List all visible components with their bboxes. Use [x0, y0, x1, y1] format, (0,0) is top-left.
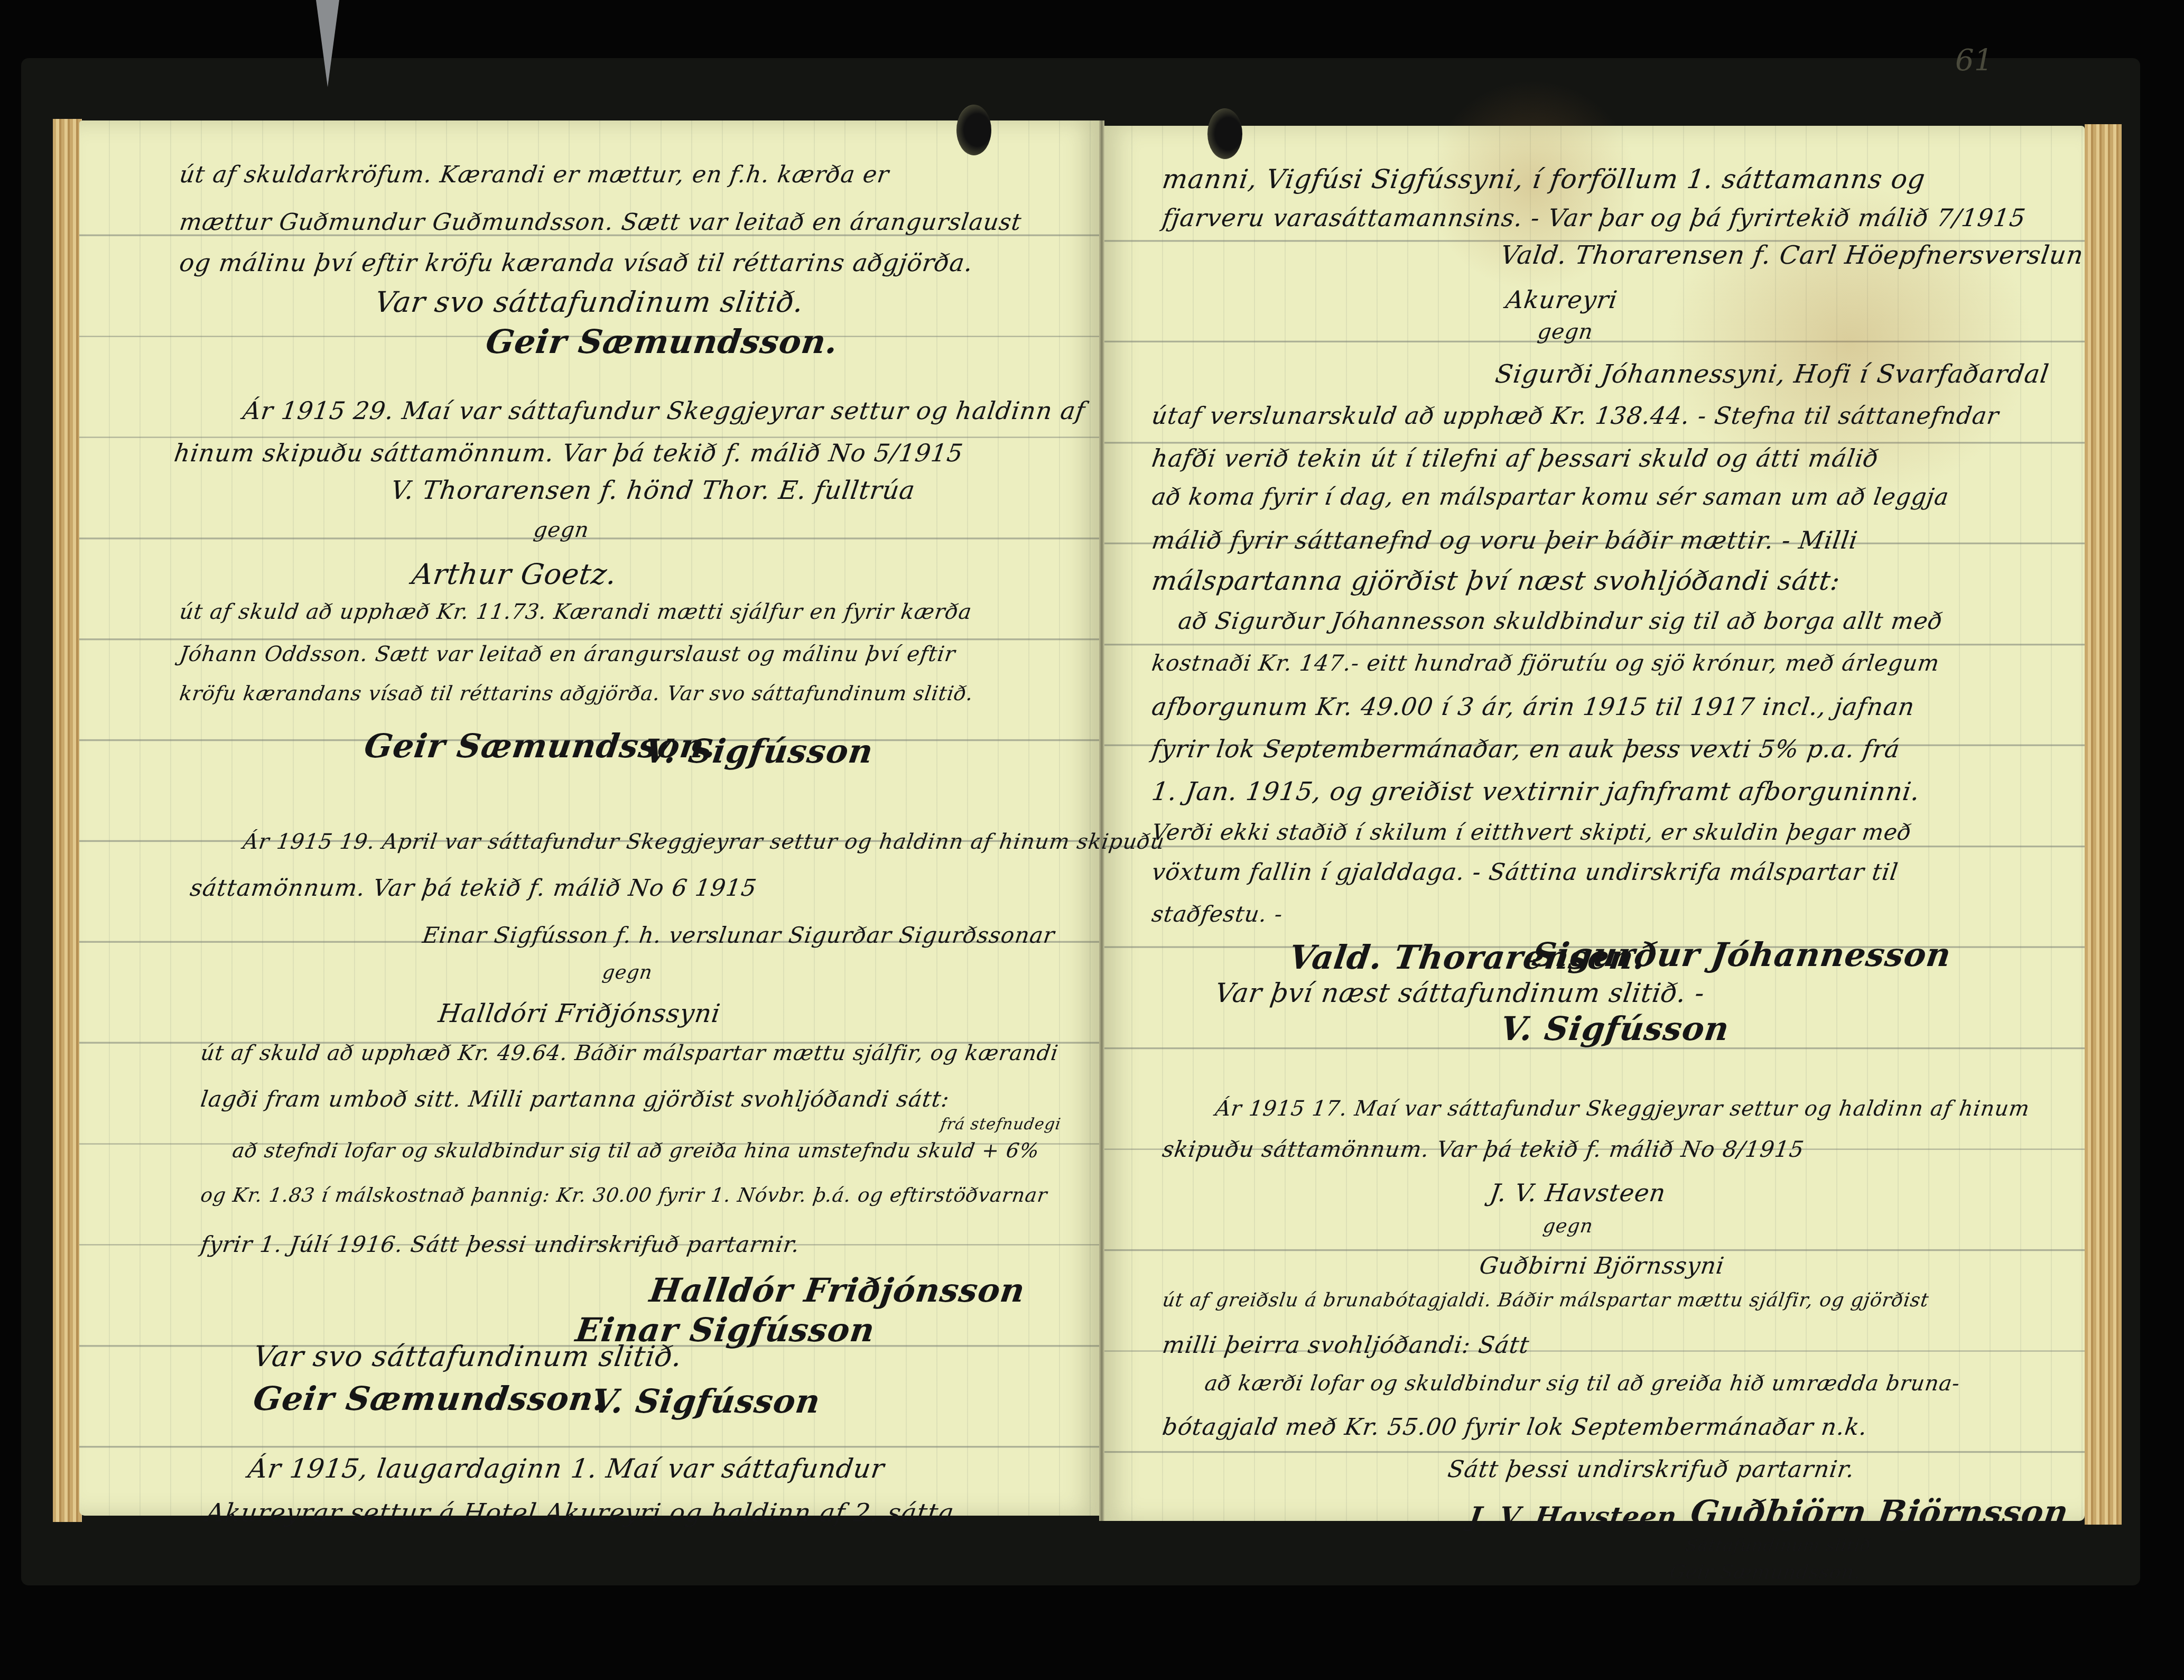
text-line: Verði ekki staðið í skilum í eitthvert s…	[1150, 819, 1913, 845]
text-line: milli þeirra svohljóðandi: Sátt	[1160, 1332, 1531, 1359]
text-line: Sátt þessi undirskrifuð partarnir.	[1446, 1456, 1856, 1483]
signature: Geir Sæmundsson.	[484, 322, 841, 361]
text-line: málið fyrir sáttanefnd og voru þeir báði…	[1150, 526, 1860, 554]
signature: Geir Sæmundsson.	[1668, 1562, 1862, 1583]
text-line: Sáttafundinum slitið	[1684, 1535, 1872, 1555]
letter-opener-icon	[316, 0, 339, 87]
text-line: skipuðu sáttamönnum. Var þá tekið f. mál…	[1161, 1136, 1806, 1162]
signature: Geir Sæmundsson.	[251, 1379, 608, 1418]
text-line: staðfestu. -	[1150, 901, 1285, 927]
binder-hole-right	[1207, 108, 1242, 159]
text-line: vöxtum fallin í gjalddaga. - Sáttina und…	[1150, 859, 1900, 886]
text-line: og Kr. 1.83 í málskostnað þannig: Kr. 30…	[199, 1184, 1049, 1206]
text-line: mættur Guðmundur Guðmundsson. Sætt var l…	[178, 209, 1023, 236]
text-line: málspartanna gjörðist því næst svohljóða…	[1150, 565, 1842, 596]
text-line: út af skuld að upphæð Kr. 11.73. Kærandi…	[178, 600, 973, 624]
text-line: Var svo sáttafundinum slitið.	[252, 1340, 685, 1373]
entry-heading: Ár 1915 19. April var sáttafundur Skeggj…	[241, 830, 1166, 854]
text-line: út af skuldarkröfum. Kærandi er mættur, …	[178, 161, 891, 188]
text-line: að Sigurður Jóhannesson skuldbindur sig …	[1176, 608, 1944, 635]
interlinear-note: frá stefnudegi	[940, 1115, 1062, 1134]
entry-heading: Ár 1915 29. Maí var sáttafundur Skeggjey…	[241, 396, 1087, 425]
text-line: bótagjald með Kr. 55.00 fyrir lok Septem…	[1160, 1414, 1869, 1441]
text-line: hafði verið tekin út í tilefni af þessar…	[1150, 444, 1881, 472]
party-name: Guðbirni Björnssyni	[1477, 1252, 1726, 1279]
gegn-label: gegn	[532, 518, 591, 542]
gegn-label: gegn	[1541, 1215, 1594, 1237]
text-line: lagði fram umboð sitt. Milli partanna gj…	[199, 1086, 951, 1112]
signature: V. Sigfússon	[589, 1382, 823, 1421]
party-name: Arthur Goetz.	[410, 558, 619, 591]
party-name: J. V. Havsteen	[1488, 1178, 1668, 1207]
text-line: manni, Vigfúsi Sigfússyni, í forföllum 1…	[1160, 164, 1927, 194]
text-line: sáttamönnum. Var þá tekið f. málið No 6 …	[188, 875, 758, 902]
text-line: Var því næst sáttafundinum slitið. -	[1213, 978, 1707, 1008]
text-line: og málinu því eftir kröfu kæranda vísað …	[178, 248, 975, 277]
text-line: 1. Jan. 1915, og greiðist vextirnir jafn…	[1150, 777, 1922, 806]
text-line: út af skuld að upphæð Kr. 49.64. Báðir m…	[199, 1041, 1060, 1065]
text-line: Var svo sáttafundinum slitið.	[373, 285, 806, 319]
signature: Guðbjörn Björnsson	[1688, 1493, 2071, 1532]
signature: Halldór Friðjónsson	[647, 1271, 1028, 1310]
text-line: afborgunum Kr. 49.00 í 3 ár, árin 1915 t…	[1150, 692, 1917, 721]
text-line: Jóhann Oddsson. Sætt var leitað en árang…	[178, 642, 958, 666]
text-line: fyrir 1. Júlí 1916. Sátt þessi undirskri…	[199, 1231, 802, 1257]
party-name: Einar Sigfússon f. h. verslunar Sigurðar…	[421, 922, 1057, 948]
page-number: 61	[1955, 43, 1993, 78]
text-line: útaf verslunarskuld að upphæð Kr. 138.44…	[1150, 402, 2001, 430]
text-line: að koma fyrir í dag, en málspartar komu …	[1150, 484, 1950, 511]
text-line: hinum skipuðu sáttamönnum. Var þá tekið …	[172, 439, 965, 467]
gegn-label: gegn	[1536, 320, 1595, 344]
left-page-edges	[53, 119, 82, 1522]
entry-heading: Ár 1915 17. Maí var sáttafundur Skeggjey…	[1214, 1097, 2031, 1121]
signature: Sigurður Jóhannesson	[1530, 935, 1954, 974]
text-line: fjarveru varasáttamannsins. - Var þar og…	[1160, 203, 2028, 232]
text-line: Akureyri	[1504, 285, 1619, 314]
entry-heading: Ár 1915, laugardaginn 1. Maí var sáttafu…	[246, 1453, 887, 1484]
text-line: Akureyrar settur á Hotel Akureyri og hal…	[204, 1498, 956, 1528]
text-line: fyrir lok Septembermánaðar, en auk þess …	[1150, 735, 1902, 763]
party-name: Halldóri Friðjónssyni	[436, 999, 722, 1028]
signature: V. Sigfússon	[1498, 1009, 1732, 1048]
text-line: að kærði lofar og skuldbindur sig til að…	[1203, 1371, 1962, 1396]
text-line: kostnaði Kr. 147.- eitt hundrað fjörutíu…	[1150, 650, 1941, 676]
binder-hole-left	[956, 105, 991, 155]
book-gutter	[1099, 120, 1104, 1521]
party-name: Vald. Thorarensen f. Carl Höepfnersversl…	[1499, 240, 2086, 270]
text-line: út af greiðslu á brunabótagjaldi. Báðir …	[1161, 1289, 1930, 1311]
text-line: kröfu kærandans vísað til réttarins aðgj…	[178, 682, 975, 705]
party-name: V. Thorarensen f. hönd Thor. E. fulltrúa	[389, 476, 917, 505]
party-name: Sigurði Jóhannessyni, Hofi í Svarfaðarda…	[1493, 359, 2051, 389]
right-page-edges	[2085, 124, 2122, 1525]
text-line: að stefndi lofar og skuldbindur sig til …	[231, 1139, 1041, 1162]
signature: V. Sigfússon	[642, 732, 876, 771]
signature: J. V. Havsteen	[1467, 1501, 1679, 1532]
gegn-label: gegn	[601, 962, 654, 983]
